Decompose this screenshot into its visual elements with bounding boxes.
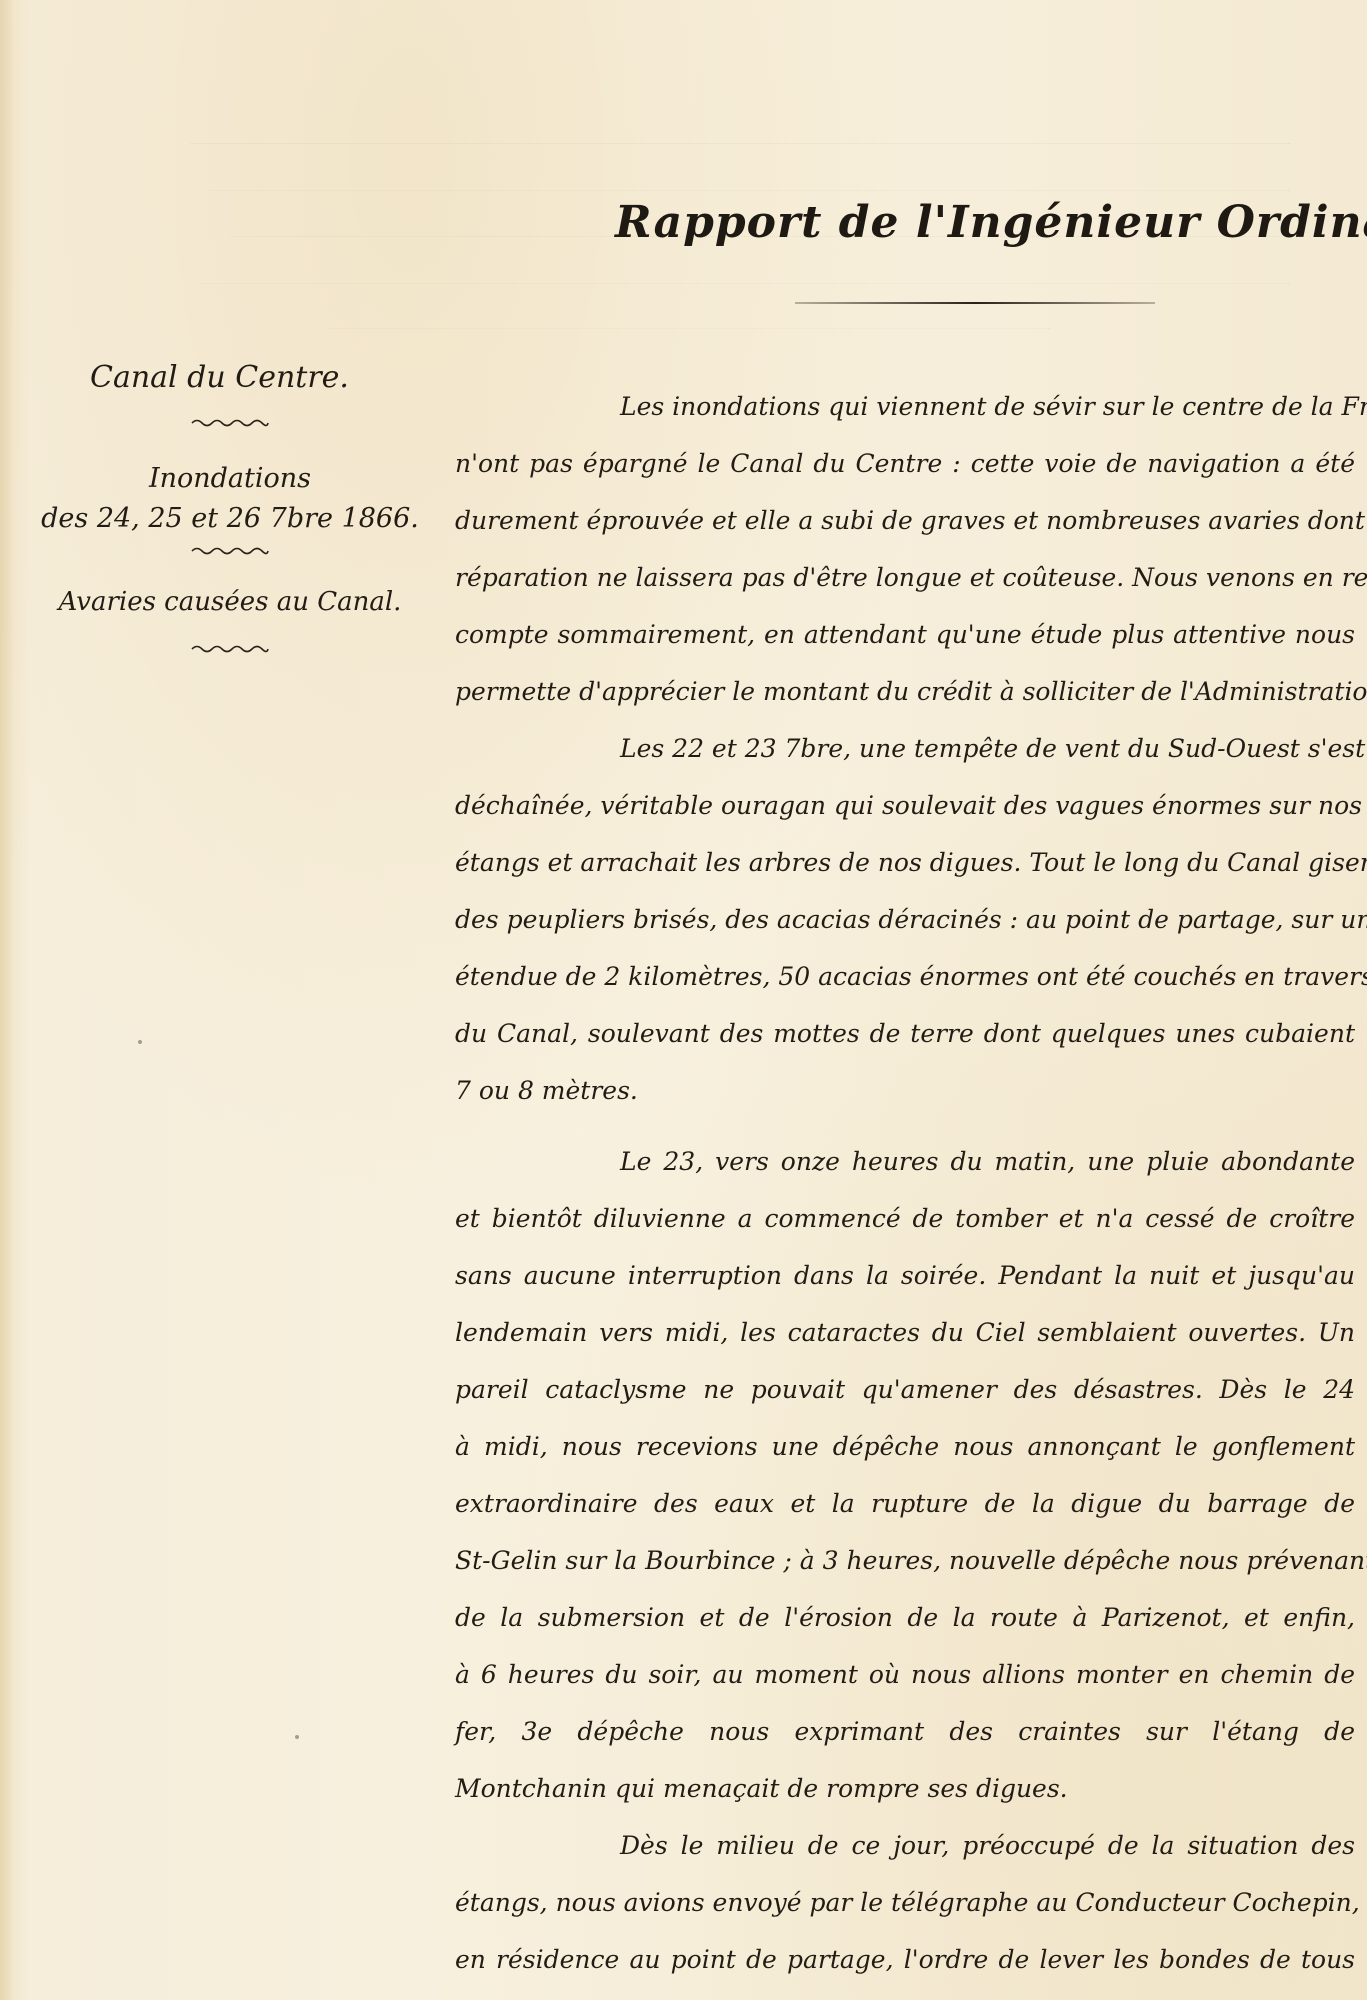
report-body: Les inondations qui viennent de sévir su… (455, 378, 1355, 1988)
margin-subject-dates: des 24, 25 et 26 7bre 1866. (40, 499, 420, 539)
paragraph: Le 23, vers onze heures du matin, une pl… (455, 1133, 1355, 1817)
text-line: et bientôt diluvienne a commencé de tomb… (455, 1190, 1355, 1247)
text-line: n'ont pas épargné le Canal du Centre : c… (455, 435, 1355, 492)
ink-spot (138, 1040, 142, 1044)
margin-subject-inondations: Inondations (40, 459, 420, 499)
squiggle-divider-icon (190, 545, 270, 557)
text-line: Dès le milieu de ce jour, préoccupé de l… (455, 1817, 1355, 1874)
text-line: compte sommairement, en attendant qu'une… (455, 606, 1355, 663)
text-line: Montchanin qui menaçait de rompre ses di… (455, 1760, 1355, 1817)
text-line: sans aucune interruption dans la soirée.… (455, 1247, 1355, 1304)
manuscript-page: Rapport de l'Ingénieur Ordinaire. Canal … (0, 0, 1367, 2000)
title-underline (795, 302, 1155, 304)
squiggle-divider-icon (190, 417, 270, 429)
margin-heading: Canal du Centre. (40, 360, 420, 395)
squiggle-divider-icon (190, 643, 270, 655)
text-line: Les inondations qui viennent de sévir su… (455, 378, 1355, 435)
document-title: Rapport de l'Ingénieur Ordinaire. (615, 197, 1367, 248)
text-line: Le 23, vers onze heures du matin, une pl… (455, 1133, 1355, 1190)
text-line: de la submersion et de l'érosion de la r… (455, 1589, 1355, 1646)
text-line: durement éprouvée et elle a subi de grav… (455, 492, 1355, 549)
text-line: pareil cataclysme ne pouvait qu'amener d… (455, 1361, 1355, 1418)
margin-subject-avaries: Avaries causées au Canal. (40, 587, 420, 617)
text-line: permette d'apprécier le montant du crédi… (455, 663, 1355, 720)
text-line: St-Gelin sur la Bourbince ; à 3 heures, … (455, 1532, 1355, 1589)
paragraph: Dès le milieu de ce jour, préoccupé de l… (455, 1817, 1355, 1988)
text-line: étangs, nous avions envoyé par le télégr… (455, 1874, 1355, 1931)
paragraph: Les 22 et 23 7bre, une tempête de vent d… (455, 720, 1355, 1119)
text-line: lendemain vers midi, les cataractes du C… (455, 1304, 1355, 1361)
text-line: étendue de 2 kilomètres, 50 acacias énor… (455, 948, 1355, 1005)
text-line: fer, 3e dépêche nous exprimant des crain… (455, 1703, 1355, 1760)
text-line: à midi, nous recevions une dépêche nous … (455, 1418, 1355, 1475)
text-line: déchaînée, véritable ouragan qui souleva… (455, 777, 1355, 834)
text-line: des peupliers brisés, des acacias déraci… (455, 891, 1355, 948)
text-line: extraordinaire des eaux et la rupture de… (455, 1475, 1355, 1532)
text-line: 7 ou 8 mètres. (455, 1062, 1355, 1119)
margin-notes: Canal du Centre. Inondations des 24, 25 … (40, 360, 420, 685)
page-binding-edge (0, 0, 14, 2000)
text-line: à 6 heures du soir, au moment où nous al… (455, 1646, 1355, 1703)
text-line: réparation ne laissera pas d'être longue… (455, 549, 1355, 606)
text-line: Les 22 et 23 7bre, une tempête de vent d… (455, 720, 1355, 777)
text-line: du Canal, soulevant des mottes de terre … (455, 1005, 1355, 1062)
paragraph: Les inondations qui viennent de sévir su… (455, 378, 1355, 720)
ink-spot (295, 1735, 299, 1739)
text-line: étangs et arrachait les arbres de nos di… (455, 834, 1355, 891)
text-line: en résidence au point de partage, l'ordr… (455, 1931, 1355, 1988)
